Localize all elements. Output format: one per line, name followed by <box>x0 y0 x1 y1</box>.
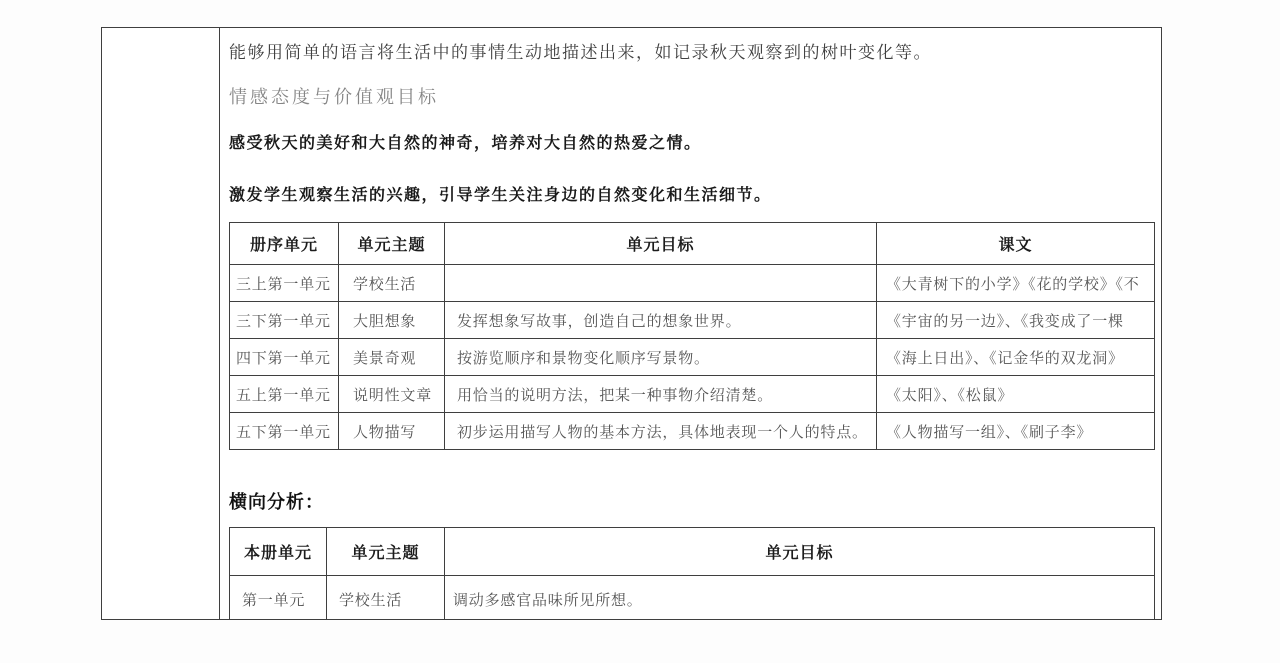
cell-unit-theme: 学校生活 <box>327 576 445 620</box>
table-row: 三上第一单元 学校生活 《大青树下的小学》《花的学校》《不 <box>230 265 1155 302</box>
cell-texts: 《宇宙的另一边》、《我变成了一棵 <box>877 302 1155 339</box>
table-row: 五上第一单元 说明性文章 用恰当的说明方法，把某一种事物介绍清楚。 《太阳》、《… <box>230 376 1155 413</box>
cell-texts: 《大青树下的小学》《花的学校》《不 <box>877 265 1155 302</box>
cell-unit-theme: 大胆想象 <box>339 302 445 339</box>
header-unit-theme: 单元主题 <box>339 223 445 265</box>
cell-unit-goal: 用恰当的说明方法，把某一种事物介绍清楚。 <box>445 376 877 413</box>
cell-unit-goal <box>445 265 877 302</box>
cell-unit-goal: 发挥想象写故事，创造自己的想象世界。 <box>445 302 877 339</box>
header-volume-unit: 册序单元 <box>230 223 339 265</box>
table-row: 五下第一单元 人物描写 初步运用描写人物的基本方法，具体地表现一个人的特点。 《… <box>230 413 1155 450</box>
cell-unit-goal: 按游览顺序和景物变化顺序写景物。 <box>445 339 877 376</box>
header-unit-goal: 单元目标 <box>445 223 877 265</box>
outer-table-cell: 能够用简单的语言将生活中的事情生动地描述出来，如记录秋天观察到的树叶变化等。 情… <box>101 27 1162 620</box>
paragraph-language-goal: 能够用简单的语言将生活中的事情生动地描述出来，如记录秋天观察到的树叶变化等。 <box>229 42 1161 64</box>
table-header-row: 册序单元 单元主题 单元目标 课文 <box>230 223 1155 265</box>
cell-texts: 《海上日出》、《记金华的双龙洞》 <box>877 339 1155 376</box>
cell-unit-theme: 说明性文章 <box>339 376 445 413</box>
header-unit-theme: 单元主题 <box>327 528 445 576</box>
table-header-row: 本册单元 单元主题 单元目标 <box>230 528 1155 576</box>
cell-volume-unit: 五上第一单元 <box>230 376 339 413</box>
bold-goal-observe: 激发学生观察生活的兴趣，引导学生关注身边的自然变化和生活细节。 <box>229 185 1161 206</box>
header-unit-goal: 单元目标 <box>445 528 1155 576</box>
cell-book-unit: 第一单元 <box>230 576 327 620</box>
header-book-unit: 本册单元 <box>230 528 327 576</box>
table-row: 第一单元 学校生活 调动多感官品味所见所想。 <box>230 576 1155 620</box>
vertical-units-table: 册序单元 单元主题 单元目标 课文 三上第一单元 学校生活 《大青树下的小学》《… <box>229 222 1155 450</box>
cell-unit-theme: 人物描写 <box>339 413 445 450</box>
cell-unit-goal: 初步运用描写人物的基本方法，具体地表现一个人的特点。 <box>445 413 877 450</box>
header-texts: 课文 <box>877 223 1155 265</box>
cell-unit-theme: 美景奇观 <box>339 339 445 376</box>
table-row: 三下第一单元 大胆想象 发挥想象写故事，创造自己的想象世界。 《宇宙的另一边》、… <box>230 302 1155 339</box>
table-row: 四下第一单元 美景奇观 按游览顺序和景物变化顺序写景物。 《海上日出》、《记金华… <box>230 339 1155 376</box>
main-cell-content: 能够用简单的语言将生活中的事情生动地描述出来，如记录秋天观察到的树叶变化等。 情… <box>220 28 1161 619</box>
heading-affective-goal: 情感态度与价值观目标 <box>229 86 1161 108</box>
cell-volume-unit: 四下第一单元 <box>230 339 339 376</box>
cell-volume-unit: 三下第一单元 <box>230 302 339 339</box>
document-page: 能够用简单的语言将生活中的事情生动地描述出来，如记录秋天观察到的树叶变化等。 情… <box>0 0 1280 663</box>
cell-texts: 《人物描写一组》、《刷子李》 <box>877 413 1155 450</box>
horizontal-analysis-heading: 横向分析： <box>229 490 1161 514</box>
cell-volume-unit: 三上第一单元 <box>230 265 339 302</box>
cell-volume-unit: 五下第一单元 <box>230 413 339 450</box>
bold-goal-nature: 感受秋天的美好和大自然的神奇，培养对大自然的热爱之情。 <box>229 133 1161 154</box>
cell-texts: 《太阳》、《松鼠》 <box>877 376 1155 413</box>
cell-unit-goal: 调动多感官品味所见所想。 <box>445 576 1155 620</box>
horizontal-units-table: 本册单元 单元主题 单元目标 第一单元 学校生活 调动多感官品味所见所想。 <box>229 527 1155 619</box>
left-empty-cell <box>102 28 220 619</box>
cell-unit-theme: 学校生活 <box>339 265 445 302</box>
